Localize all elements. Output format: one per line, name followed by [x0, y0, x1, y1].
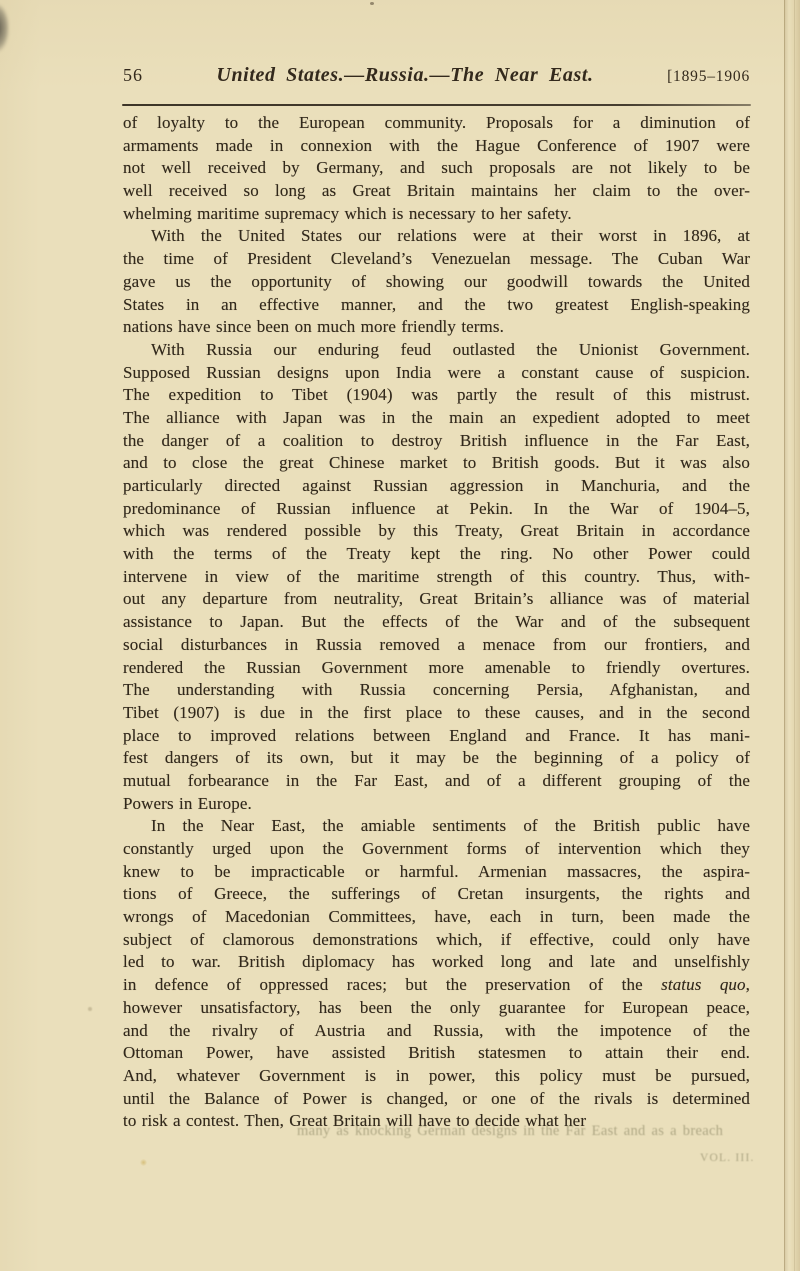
text-line: intervene in view of the maritime streng… [123, 566, 750, 589]
text-line: With the United States our relations wer… [123, 225, 750, 248]
text-line: particularly directed against Russian ag… [123, 475, 750, 498]
text-line: wrongs of Macedonian Committees, have, e… [123, 906, 750, 929]
paragraph: In the Near East, the amiable sentiments… [123, 815, 750, 1133]
running-title: United States.—Russia.—The Near East. [143, 64, 667, 87]
text-line: and to close the great Chinese market to… [123, 452, 750, 475]
text-line: fest dangers of its own, but it may be t… [123, 747, 750, 770]
text-line: however unsatisfactory, has been the onl… [123, 997, 750, 1020]
text-line: led to war. British diplomacy has worked… [123, 951, 750, 974]
text-line: until the Balance of Power is changed, o… [123, 1088, 750, 1111]
ghost-text-showthrough: many as knocking German designs in the F… [297, 1123, 797, 1140]
text-line: mutual forbearance in the Far East, and … [123, 770, 750, 793]
paragraph: With Russia our enduring feud outlasted … [123, 339, 750, 815]
header-date-range: [1895–1906 [667, 68, 750, 86]
page-edge [784, 0, 800, 1271]
text-line: tions of Greece, the sufferings of Creta… [123, 883, 750, 906]
book-page: 56 United States.—Russia.—The Near East.… [0, 0, 800, 1271]
text-line: constantly urged upon the Government for… [123, 838, 750, 861]
text-line: social disturbances in Russia removed a … [123, 634, 750, 657]
text-line: And, whatever Government is in power, th… [123, 1065, 750, 1088]
text-line: and the rivalry of Austria and Russia, w… [123, 1020, 750, 1043]
text-line: Supposed Russian designs upon India were… [123, 362, 750, 385]
text-line: predominance of Russian influence at Pek… [123, 498, 750, 521]
text-line: out any departure from neutrality, Great… [123, 588, 750, 611]
page-header: 56 United States.—Russia.—The Near East.… [123, 64, 750, 96]
text-line: the time of President Cleveland’s Venezu… [123, 248, 750, 271]
text-line: nations have since been on much more fri… [123, 316, 750, 339]
text-line: Ottoman Power, have assisted British sta… [123, 1042, 750, 1065]
text-line: subject of clamorous demonstrations whic… [123, 929, 750, 952]
scan-smudge [0, 4, 9, 52]
text-line: the danger of a coalition to destroy Bri… [123, 430, 750, 453]
italic-phrase: status quo [661, 975, 745, 994]
text-line: well received so long as Great Britain m… [123, 180, 750, 203]
header-rule [122, 104, 751, 106]
text-line: knew to be impracticable or harmful. Arm… [123, 861, 750, 884]
text-line: The alliance with Japan was in the main … [123, 407, 750, 430]
text-line: place to improved relations between Engl… [123, 725, 750, 748]
text-line: with the terms of the Treaty kept the ri… [123, 543, 750, 566]
text-line: not well received by Germany, and such p… [123, 157, 750, 180]
text-line: In the Near East, the amiable sentiments… [123, 815, 750, 838]
paper-speck [140, 1159, 147, 1166]
text-line: which was rendered possible by this Trea… [123, 520, 750, 543]
text-line: With Russia our enduring feud outlasted … [123, 339, 750, 362]
text-line: The understanding with Russia concerning… [123, 679, 750, 702]
text-line: in defence of oppressed races; but the p… [123, 974, 750, 997]
paper-speck [370, 2, 374, 5]
paragraph: With the United States our relations wer… [123, 225, 750, 338]
text-line: assistance to Japan. But the effects of … [123, 611, 750, 634]
text-line: Tibet (1907) is due in the first place t… [123, 702, 750, 725]
paragraph: of loyalty to the European community. Pr… [123, 112, 750, 225]
text-line: Powers in Europe. [123, 793, 750, 816]
page-number: 56 [123, 65, 143, 86]
text-segment: , [746, 975, 750, 994]
body-text: of loyalty to the European community. Pr… [123, 112, 750, 1133]
text-line: States in an effective manner, and the t… [123, 294, 750, 317]
text-line: gave us the opportunity of showing our g… [123, 271, 750, 294]
text-line: rendered the Russian Government more ame… [123, 657, 750, 680]
text-line: whelming maritime supremacy which is nec… [123, 203, 750, 226]
text-line: of loyalty to the European community. Pr… [123, 112, 750, 135]
ghost-text-footer: VOL. III. [700, 1152, 755, 1164]
paper-speck [88, 1007, 92, 1011]
text-line: The expedition to Tibet (1904) was partl… [123, 384, 750, 407]
text-segment: in defence of oppressed races; but the p… [123, 975, 661, 994]
text-line: armaments made in connexion with the Hag… [123, 135, 750, 158]
